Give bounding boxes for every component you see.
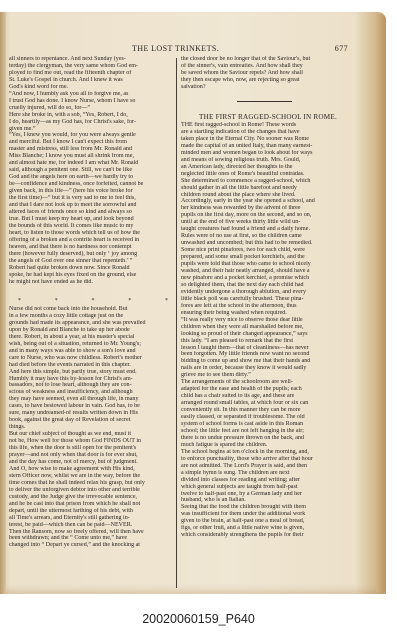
text-line: and the day has come, not of mercy, but …: [9, 459, 171, 466]
text-line: God's kind word for me.: [9, 84, 171, 91]
text-line: pupils were told that those who came to …: [181, 261, 349, 268]
text-line: St. Luke's Gospel in church. And I knew …: [9, 77, 171, 84]
text-line: grieve me to see them dirty.”: [181, 372, 349, 379]
text-line: Humbly it may have this by-lesson for Ch…: [9, 376, 171, 383]
text-line: offering of a broken and a contrite hear…: [9, 237, 171, 244]
text-line: looking so proud of their changed appear…: [181, 331, 349, 338]
text-line: the first time)—“ but it is very sad to …: [9, 195, 171, 202]
text-line: and that I dare not look up to meet the …: [9, 202, 171, 209]
text-line: are not admitted. The Lord's Prayer is s…: [181, 463, 349, 470]
text-line: upon by Ronald and Blanche to take up he…: [9, 327, 171, 334]
text-line: “Yes, I knew you would, for you were alw…: [9, 132, 171, 139]
text-line: terest, be paid—which then can be paid—N…: [9, 522, 171, 529]
text-line: which general subjects are taught from h…: [181, 484, 349, 491]
text-line: salvation?: [181, 84, 349, 91]
text-line: ployed to find me out, read the fifteent…: [9, 70, 171, 77]
text-line: and means of sowing religious truth. Mrs…: [181, 157, 349, 164]
asterisk: *: [128, 298, 131, 305]
text-line: scious of weakness and insufficiency, an…: [9, 389, 171, 396]
text-line: there. Robert, in about a year, at his m…: [9, 334, 171, 341]
text-line: been withdrawn; and the “ Come unto me,”…: [9, 535, 171, 542]
text-line: child has a chair suited to its age, and…: [181, 393, 349, 400]
text-line: THE first ragged-school in Rome! These w…: [181, 122, 349, 129]
text-line: But our chief subject of thought as we e…: [9, 431, 171, 438]
text-line: prayer—and not only when that door is fo…: [9, 452, 171, 459]
asterisk: *: [165, 298, 168, 305]
text-line: this life, when the door is still open f…: [9, 445, 171, 452]
text-line: and merciful. But I know I can't expect …: [9, 139, 171, 146]
text-line: lesson I taught them—that of cleanliness…: [181, 345, 349, 352]
text-line: be saved whom the Saviour repels? And ho…: [181, 70, 349, 77]
section-title: THE FIRST RAGGED-SCHOOL IN ROME.: [188, 113, 348, 121]
text-line: children round about the place where she…: [181, 192, 349, 199]
text-line: twelve to half-past one, by a German lad…: [181, 491, 349, 498]
text-line: Robert had quite broken down now. Since …: [9, 265, 171, 272]
text-line: sure, many undreamed-of results written …: [9, 410, 171, 417]
text-line: stern Officer now, whilst we are in the …: [9, 473, 171, 480]
running-title: THE LOST TRINKETS.: [132, 44, 219, 53]
text-line: Nurse did not come back into the househo…: [9, 306, 171, 313]
text-line: easily classed, or separated if troubles…: [181, 414, 349, 421]
text-line: things.: [9, 424, 171, 431]
text-line: conveniently sit. In this manner they ca…: [181, 407, 349, 414]
asterisk: *: [92, 298, 95, 305]
text-line: the closed door be no longer that of the…: [181, 56, 349, 63]
text-line: the angels of God over one sinner that r…: [9, 258, 171, 265]
text-line: And O, how wise to make agreement with H…: [9, 466, 171, 473]
text-line: fores are left at the school in the afte…: [181, 303, 349, 310]
text-line: minded men and women began to look about…: [181, 150, 349, 157]
text-line: “It was really very nice to observe thos…: [181, 317, 349, 324]
text-line: all Time's arrears, and Eternity's still…: [9, 515, 171, 522]
text-line: and in many ways was able to show a son'…: [9, 348, 171, 355]
text-line: taught creatures had found a friend and …: [181, 226, 349, 233]
text-line: said, although a penitent one. Still, we…: [9, 167, 171, 174]
text-line: divided into classes for reading and wri…: [181, 477, 349, 484]
text-line: system of school forms is cast aside in …: [181, 421, 349, 428]
text-line: the bounds of this world. It comes like …: [9, 223, 171, 230]
asterisk: *: [18, 298, 21, 305]
text-line: given to the brain, at half-past one a m…: [181, 518, 349, 525]
text-line: and almost hate me, for indeed I am what…: [9, 160, 171, 167]
text-line: arranged round small tables, at which fo…: [181, 400, 349, 407]
text-line: bidding to come up and show me that thei…: [181, 358, 349, 365]
section-break-asterisks: *****: [18, 298, 168, 305]
text-line: school; the little feet are not left han…: [181, 428, 349, 435]
right-column-top: the closed door be no longer that of the…: [181, 56, 349, 91]
text-line: heart, to listen to those words which te…: [9, 230, 171, 237]
text-line: until at the end of five weeks thirty li…: [181, 219, 349, 226]
text-line: Miss Blanche; I know you must all shrink…: [9, 153, 171, 160]
text-line: he might not have ended as he did.: [9, 279, 171, 286]
text-line: of the sinner's, vain entreaties. And ho…: [181, 63, 349, 70]
text-line: book, against the great day of Revelatio…: [9, 417, 171, 424]
text-line: She determined to commence a ragged-scho…: [181, 178, 349, 185]
text-line: there is no undue pressure thrown on the…: [181, 435, 349, 442]
text-line: cruelly injured, will do so, for—”: [9, 105, 171, 112]
text-line: given me.”: [9, 126, 171, 133]
text-line: new pinafore and a pocket kerchief, a pr…: [181, 275, 349, 282]
text-line: Seeing that the food the children brough…: [181, 504, 349, 511]
text-line: which considerably strengthens the pupil…: [181, 532, 349, 539]
text-line: in a few months a cozy little cottage ju…: [9, 313, 171, 320]
text-line: The school begins at ten o'clock in the …: [181, 449, 349, 456]
text-line: “And now, I humbly ask you all to forgiv…: [9, 91, 171, 98]
text-line: they then escape who, now, are rejecting…: [181, 77, 349, 84]
text-line: changed into “ Depart ye cursed,” and th…: [9, 542, 171, 549]
page-number: 677: [335, 44, 348, 53]
text-line: to enforce punctuality, those who arrive…: [181, 456, 349, 463]
text-line: her kindness was rewarded by the advent …: [181, 205, 349, 212]
text-line: nails are in order, because they know it…: [181, 365, 349, 372]
text-line: children when they were all marshalled b…: [181, 324, 349, 331]
text-line: little black poll was carefully brushed.…: [181, 296, 349, 303]
text-line: to deliver the unforgiven debtor into ot…: [9, 487, 171, 494]
text-line: so delighted them, that the next day eac…: [181, 282, 349, 289]
text-line: time comes that he shall indeed relax hi…: [9, 480, 171, 487]
text-line: was insufficient for them under the addi…: [181, 511, 349, 518]
text-line: wish, being out of a situation, returned…: [9, 341, 171, 348]
text-line: Rules were of no use at first, so the ch…: [181, 233, 349, 240]
text-line: prepared, and some small pocket kerchief…: [181, 254, 349, 261]
text-line: this lady. “I am pleased to remark that …: [181, 338, 349, 345]
text-line: God and the angels here on earth—we hard…: [9, 174, 171, 181]
text-line: be—confidence and kindness, once forfeit…: [9, 181, 171, 188]
text-line: I trust God has done. I know Nurse, whom…: [9, 98, 171, 105]
text-line: there (however fully deserved), but only…: [9, 251, 171, 258]
text-line: pupils on the first day, more on the sec…: [181, 212, 349, 219]
text-line: And here this simple, but partly true, s…: [9, 369, 171, 376]
page-header: THE LOST TRINKETS. 677: [10, 44, 350, 56]
text-line: been forgotten. My little friends now wa…: [181, 351, 349, 358]
text-line: not be, How well for those whom God FIND…: [9, 438, 171, 445]
text-line: are a startling indication of the change…: [181, 129, 349, 136]
text-line: given back, in this life—” (here his voi…: [9, 188, 171, 195]
text-line: bassadors, not to lose heart, although t…: [9, 382, 171, 389]
section-separator-rule: [237, 101, 292, 102]
text-line: ensuring their being washed when require…: [181, 310, 349, 317]
text-line: cases, to have bestowed labour in vain. …: [9, 403, 171, 410]
text-line: husband, who is an Italian.: [181, 497, 349, 504]
text-line: spoke, he had kept his eyes fixed on the…: [9, 272, 171, 279]
text-line: figs, or other fruit, and a little nativ…: [181, 525, 349, 532]
text-line: they may have seemed, even all through l…: [9, 396, 171, 403]
text-line: custody, and the Judge give the irrevoca…: [9, 494, 171, 501]
text-line: all sinners to repentance. And next Sund…: [9, 56, 171, 63]
text-line: care to Nurse, who was now childless. Ro…: [9, 355, 171, 362]
text-line: altered faces of friends once so kind an…: [9, 209, 171, 216]
text-line: Accordingly, early in the year she opene…: [181, 198, 349, 205]
text-line: Here she broke in, with a sob, “Yes, Rob…: [9, 112, 171, 119]
left-column-continued: Nurse did not come back into the househo…: [9, 306, 171, 549]
text-line: terday) the clergyman, the very same who…: [9, 63, 171, 70]
asterisk: *: [55, 298, 58, 305]
text-line: master and mistress, still less from Mr.…: [9, 146, 171, 153]
text-line: unwashed and uncombed; but this had to b…: [181, 240, 349, 247]
text-line: heaven, and that there is no hardness no…: [9, 244, 171, 251]
left-column: all sinners to repentance. And next Sund…: [9, 56, 171, 285]
image-caption: 20020060159_P640: [0, 612, 397, 626]
text-line: much fatigue is spared the children.: [181, 442, 349, 449]
text-line: Then the Ransom, now so freely offered, …: [9, 529, 171, 536]
text-line: taken place in the Eternal City. No soon…: [181, 136, 349, 143]
text-line: had died before the events narrated in t…: [9, 362, 171, 369]
text-line: evidently undergone a thorough ablution,…: [181, 289, 349, 296]
text-line: made the capital of an united Italy, tha…: [181, 143, 349, 150]
text-line: neglected little ones of Rome's beautifu…: [181, 171, 349, 178]
page-edge: [376, 14, 386, 592]
text-line: washed, and their hair neatly arranged, …: [181, 268, 349, 275]
text-line: and he be cast into that prison from whi…: [9, 501, 171, 508]
text-line: an American lady, directed her thoughts …: [181, 164, 349, 171]
text-line: depart, until the uttermost farthing of …: [9, 508, 171, 515]
text-line: I do, heartily—as my God has, for Christ…: [9, 119, 171, 126]
text-line: The arrangements of the schoolroom are w…: [181, 379, 349, 386]
text-line: Some nice print pinafores, two for each …: [181, 247, 349, 254]
text-line: true. But I must keep my heart up, and l…: [9, 216, 171, 223]
page-gutter: [0, 12, 6, 594]
text-line: grounds had made its appearance, and she…: [9, 320, 171, 327]
text-line: should gather in all the little barefoot…: [181, 185, 349, 192]
text-line: a simple hymn is sung. The children are …: [181, 470, 349, 477]
text-line: adapted for the ease and health of the p…: [181, 386, 349, 393]
right-column-article: THE first ragged-school in Rome! These w…: [181, 122, 349, 539]
column-divider: [176, 58, 177, 588]
